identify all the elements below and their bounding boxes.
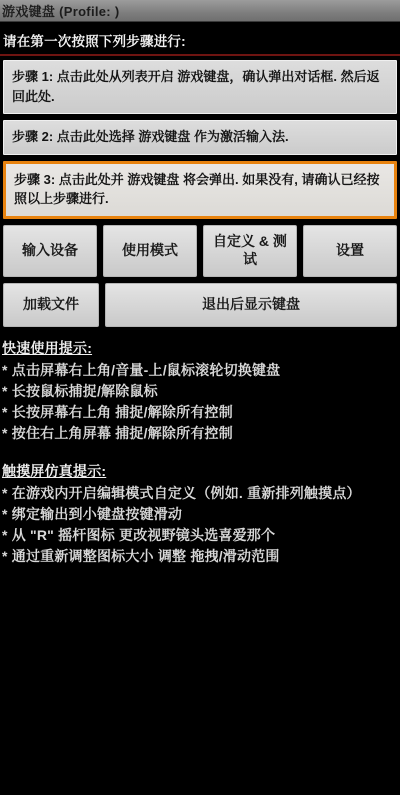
step-1-text: 步骤 1: 点击此处从列表开启 游戏键盘，确认弹出对话框. 然后返回此处.	[12, 69, 380, 104]
input-device-button[interactable]: 输入设备	[3, 225, 97, 277]
step-2-text: 步骤 2: 点击此处选择 游戏键盘 作为激活输入法.	[12, 129, 289, 144]
quick-tip-item: * 按住右上角屏幕 捕捉/解除所有控制	[2, 423, 396, 444]
step-2-button[interactable]: 步骤 2: 点击此处选择 游戏键盘 作为激活输入法.	[3, 120, 397, 155]
quick-tips-heading: 快速使用提示:	[2, 338, 396, 358]
step-3-button[interactable]: 步骤 3: 点击此处并 游戏键盘 将会弹出. 如果没有, 请确认已经按照以上步骤…	[3, 161, 397, 219]
step-1-button[interactable]: 步骤 1: 点击此处从列表开启 游戏键盘，确认弹出对话框. 然后返回此处.	[3, 60, 397, 114]
quick-tip-item: * 长按鼠标捕捉/解除鼠标	[2, 381, 396, 402]
quick-tips-section: 快速使用提示: * 点击屏幕右上角/音量-上/鼠标滚轮切换键盘 * 长按鼠标捕捉…	[2, 338, 396, 444]
app-screen: 游戏键盘 (Profile: ) 请在第一次按照下列步骤进行: 步骤 1: 点击…	[0, 0, 400, 795]
touch-tips-heading: 触摸屏仿真提示:	[2, 461, 396, 481]
load-file-button[interactable]: 加载文件	[3, 283, 99, 327]
quick-tip-item: * 长按屏幕右上角 捕捉/解除所有控制	[2, 402, 396, 423]
show-keyboard-on-exit-button[interactable]: 退出后显示键盘	[105, 283, 397, 327]
touch-tip-item: * 在游戏内开启编辑模式自定义（例如. 重新排列触摸点）	[2, 483, 396, 504]
touch-tip-item: * 通过重新调整图标大小 调整 拖拽/滑动范围	[2, 546, 396, 567]
quick-tip-item: * 点击屏幕右上角/音量-上/鼠标滚轮切换键盘	[2, 360, 396, 381]
heading-divider	[0, 54, 400, 56]
use-mode-button[interactable]: 使用模式	[103, 225, 197, 277]
app-title-bar: 游戏键盘 (Profile: )	[0, 0, 400, 22]
main-button-row: 输入设备 使用模式 自定义 & 测试 设置	[3, 225, 397, 277]
secondary-button-row: 加载文件 退出后显示键盘	[3, 283, 397, 327]
app-title: 游戏键盘 (Profile: )	[2, 1, 119, 20]
customize-test-button[interactable]: 自定义 & 测试	[203, 225, 297, 277]
touch-tip-item: * 绑定输出到小键盘按键滑动	[2, 504, 396, 525]
setup-instructions-heading: 请在第一次按照下列步骤进行:	[3, 30, 396, 50]
touch-tips-section: 触摸屏仿真提示: * 在游戏内开启编辑模式自定义（例如. 重新排列触摸点） * …	[2, 461, 396, 567]
step-3-text: 步骤 3: 点击此处并 游戏键盘 将会弹出. 如果没有, 请确认已经按照以上步骤…	[14, 172, 379, 207]
settings-button[interactable]: 设置	[303, 225, 397, 277]
touch-tip-item: * 从 "R" 摇杆图标 更改视野镜头选喜爱那个	[2, 525, 396, 546]
